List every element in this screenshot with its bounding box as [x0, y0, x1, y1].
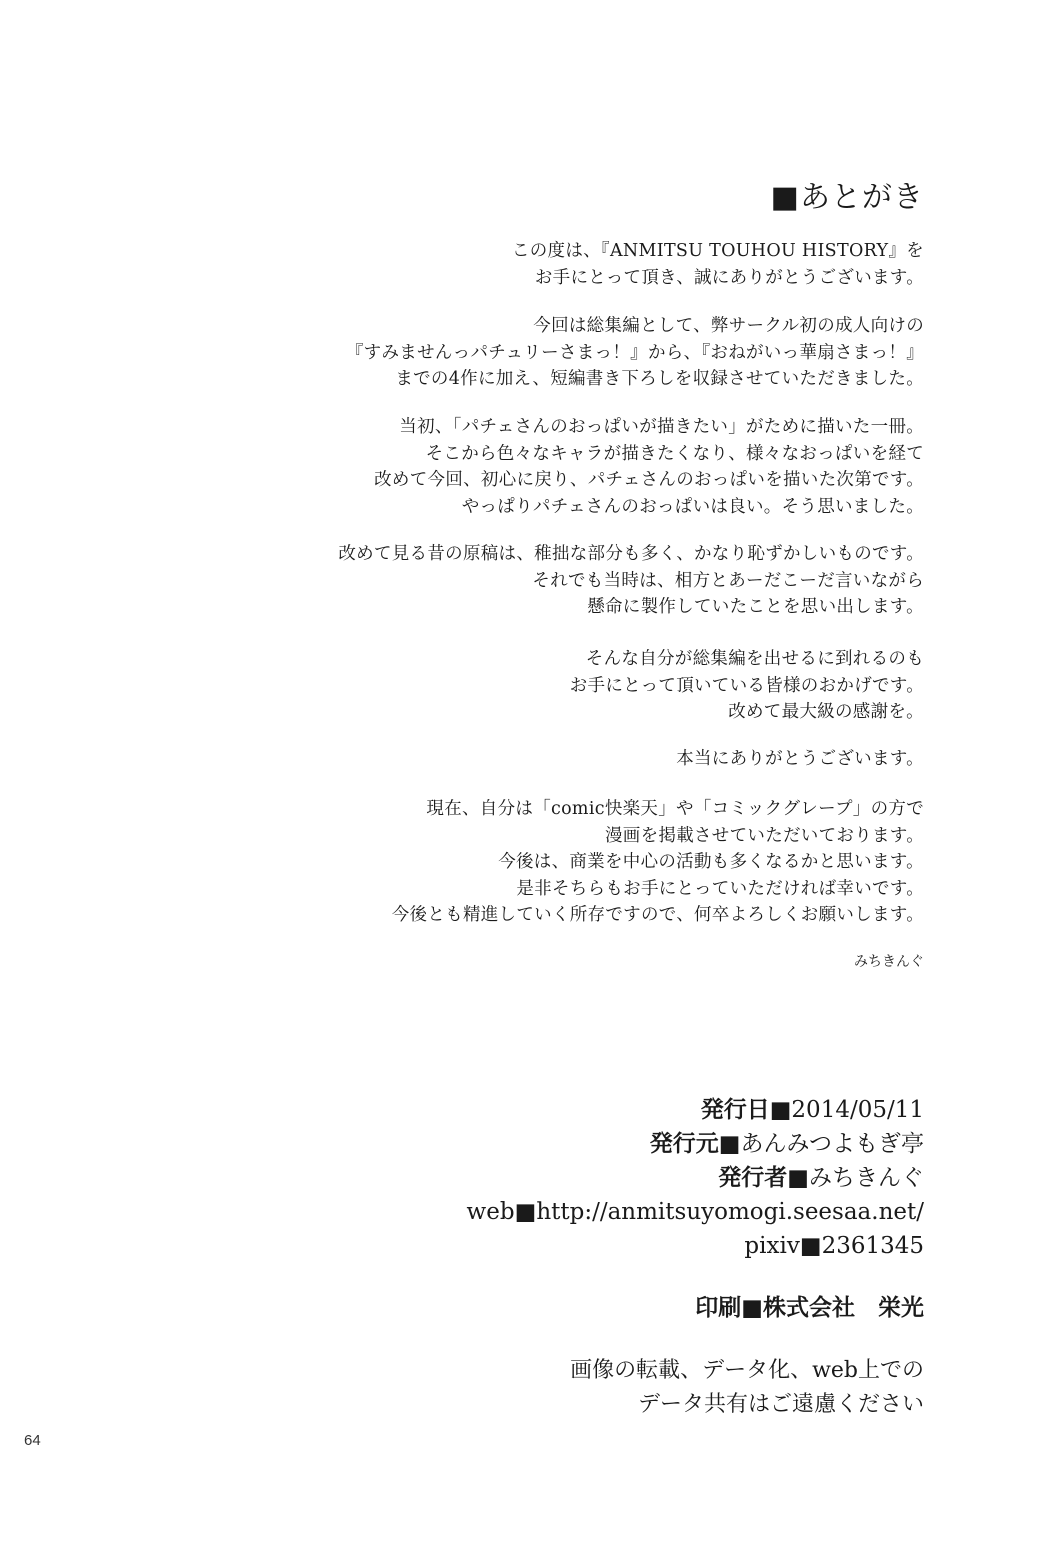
signature: みちきんぐ [854, 952, 924, 972]
text-line: 現在、自分は「comic快楽天」や「コミックグレープ」の方で [392, 796, 924, 823]
paragraph-4: 改めて見る昔の原稿は、稚拙な部分も多く、かなり恥ずかしいものです。 それでも当時… [338, 541, 924, 621]
publisher-value: あんみつよもぎ亭 [740, 1131, 924, 1157]
paragraph-1: この度は、『ANMITSU TOUHOU HISTORY』を お手にとって頂き、… [512, 238, 924, 291]
text-line: そこから色々なキャラが描きたくなり、様々なおっぱいを経て [374, 441, 924, 468]
text-line: やっぱりパチェさんのおっぱいは良い。そう思いました。 [374, 494, 924, 521]
pixiv-label: pixiv■ [744, 1233, 821, 1259]
text-line: お手にとって頂き、誠にありがとうございます。 [512, 265, 924, 292]
author-row: 発行者■みちきんぐ [467, 1161, 924, 1195]
text-line: 今後とも精進していく所存ですので、何卒よろしくお願いします。 [392, 902, 924, 929]
web-label: web■ [467, 1199, 537, 1225]
document-page: ■あとがき この度は、『ANMITSU TOUHOU HISTORY』を お手に… [0, 0, 1050, 1567]
text-line: 当初、「パチェさんのおっぱいが描きたい」がために描いた一冊。 [374, 414, 924, 441]
issue-date-value: 2014/05/11 [791, 1097, 924, 1123]
printer-value: 株式会社 栄光 [763, 1295, 924, 1321]
printer-label: 印刷■ [695, 1295, 763, 1321]
paragraph-2: 今回は総集編として、弊サークル初の成人向けの 『すみませんっパチュリーさまっ！』… [346, 313, 924, 393]
text-line: 改めて見る昔の原稿は、稚拙な部分も多く、かなり恥ずかしいものです。 [338, 541, 924, 568]
notice-line: データ共有はご遠慮ください [570, 1388, 924, 1422]
text-line: 改めて今回、初心に戻り、パチェさんのおっぱいを描いた次第です。 [374, 467, 924, 494]
printer-row: 印刷■株式会社 栄光 [695, 1291, 924, 1325]
text-line: 懸命に製作していたことを思い出します。 [338, 594, 924, 621]
paragraph-5: そんな自分が総集編を出せるに到れるのも お手にとって頂いている皆様のおかげです。… [570, 646, 924, 726]
author-value: みちきんぐ [809, 1165, 924, 1191]
paragraph-7: 現在、自分は「comic快楽天」や「コミックグレープ」の方で 漫画を掲載させてい… [392, 796, 924, 929]
copyright-notice: 画像の転載、データ化、web上での データ共有はご遠慮ください [570, 1354, 924, 1422]
text-line: この度は、『ANMITSU TOUHOU HISTORY』を [512, 238, 924, 265]
paragraph-3: 当初、「パチェさんのおっぱいが描きたい」がために描いた一冊。 そこから色々なキャ… [374, 414, 924, 520]
text-line: までの4作に加え、短編書き下ろしを収録させていただきました。 [346, 366, 924, 393]
text-line: 今後は、商業を中心の活動も多くなるかと思います。 [392, 849, 924, 876]
text-line: お手にとって頂いている皆様のおかげです。 [570, 673, 924, 700]
text-line: 『すみませんっパチュリーさまっ！』から、『おねがいっ華扇さまっ！』 [346, 340, 924, 367]
text-line: それでも当時は、相方とあーだこーだ言いながら [338, 568, 924, 595]
publisher-label: 発行元■ [650, 1131, 741, 1157]
text-line: そんな自分が総集編を出せるに到れるのも [570, 646, 924, 673]
page-number: 64 [24, 1432, 41, 1449]
text-line: 本当にありがとうございます。 [676, 746, 924, 773]
web-row: web■http://anmitsuyomogi.seesaa.net/ [467, 1195, 924, 1229]
text-line: 漫画を掲載させていただいております。 [392, 823, 924, 850]
publisher-row: 発行元■あんみつよもぎ亭 [467, 1127, 924, 1161]
author-label: 発行者■ [718, 1165, 809, 1191]
pixiv-id: 2361345 [822, 1233, 924, 1259]
issue-date-row: 発行日■2014/05/11 [467, 1093, 924, 1127]
text-line: 今回は総集編として、弊サークル初の成人向けの [346, 313, 924, 340]
paragraph-6: 本当にありがとうございます。 [676, 746, 924, 773]
web-link[interactable]: http://anmitsuyomogi.seesaa.net/ [536, 1199, 924, 1225]
pixiv-row: pixiv■2361345 [467, 1229, 924, 1263]
notice-line: 画像の転載、データ化、web上での [570, 1354, 924, 1388]
issue-date-label: 発行日■ [701, 1097, 792, 1123]
text-line: 改めて最大級の感謝を。 [570, 699, 924, 726]
text-line: 是非そちらもお手にとっていただければ幸いです。 [392, 876, 924, 903]
afterword-title: ■あとがき [771, 178, 924, 218]
colophon: 発行日■2014/05/11 発行元■あんみつよもぎ亭 発行者■みちきんぐ we… [467, 1093, 924, 1263]
